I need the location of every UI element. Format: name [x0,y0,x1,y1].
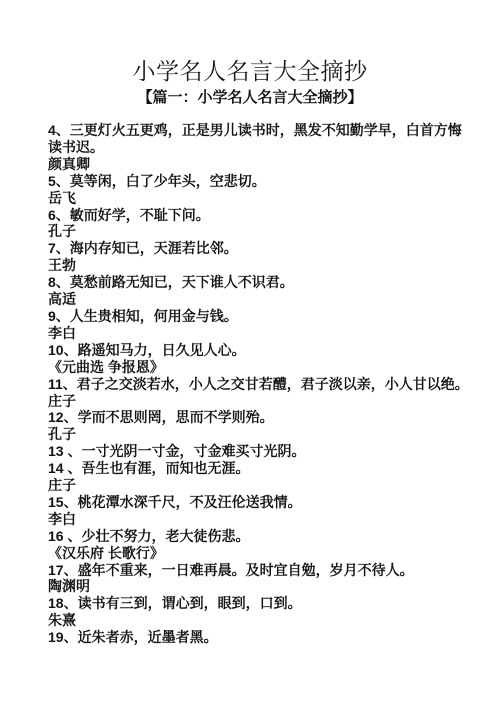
author-line: 庄子 [48,393,480,410]
author-line: 孔子 [48,426,480,443]
author-line: 李白 [48,511,480,528]
quote-line: 5、莫等闲，白了少年头，空悲切。 [48,173,480,190]
quotes-list: 4、三更灯火五更鸡，正是男儿读书时，黑发不知勤学早，白首方悔读书迟。颜真卿5、莫… [0,122,500,646]
quote-line: 14 、吾生也有涯，而知也无涯。 [48,460,480,477]
author-line: 庄子 [48,477,480,494]
source-line: 《元曲选 争报恩》 [48,359,480,376]
quote-line: 7、海内存知已，天涯若比邻。 [48,240,480,257]
section-heading: 【篇一：小学名人名言大全摘抄】 [0,90,500,105]
quote-line: 11、君子之交淡若水，小人之交甘若醴，君子淡以亲，小人甘以绝。 [48,376,480,393]
quote-line: 8、莫愁前路无知已，天下谁人不识君。 [48,274,480,291]
author-line: 王勃 [48,257,480,274]
quote-line: 6、敏而好学，不耻下问。 [48,207,480,224]
document-page: 小学名人名言大全摘抄 【篇一：小学名人名言大全摘抄】 4、三更灯火五更鸡，正是男… [0,0,500,708]
author-line: 高适 [48,291,480,308]
author-line: 朱熹 [48,612,480,629]
quote-line: 12、学而不思则罔，思而不学则殆。 [48,409,480,426]
quote-line: 13 、一寸光阴一寸金，寸金难买寸光阴。 [48,443,480,460]
author-line: 陶渊明 [48,578,480,595]
quote-line: 4、三更灯火五更鸡，正是男儿读书时，黑发不知勤学早，白首方悔 [48,122,480,139]
author-line: 颜真卿 [48,156,480,173]
quote-line: 10、路遥知马力，日久见人心。 [48,342,480,359]
quote-line: 15、桃花潭水深千尺，不及汪伦送我情。 [48,494,480,511]
quote-line: 18、读书有三到，谓心到，眼到，口到。 [48,595,480,612]
author-line: 岳飞 [48,190,480,207]
quote-line: 16 、少壮不努力，老大徒伤悲。 [48,528,480,545]
quote-continuation-line: 读书迟。 [48,139,480,156]
author-line: 孔子 [48,223,480,240]
source-line: 《汉乐府 长歌行》 [48,545,480,562]
quote-line: 17、盛年不重来，一日难再晨。及时宜自勉，岁月不待人。 [48,562,480,579]
author-line: 李白 [48,325,480,342]
quote-line: 19、近朱者赤，近墨者黑。 [48,629,480,646]
quote-line: 9、人生贵相知，何用金与钱。 [48,308,480,325]
document-title: 小学名人名言大全摘抄 [0,60,500,83]
